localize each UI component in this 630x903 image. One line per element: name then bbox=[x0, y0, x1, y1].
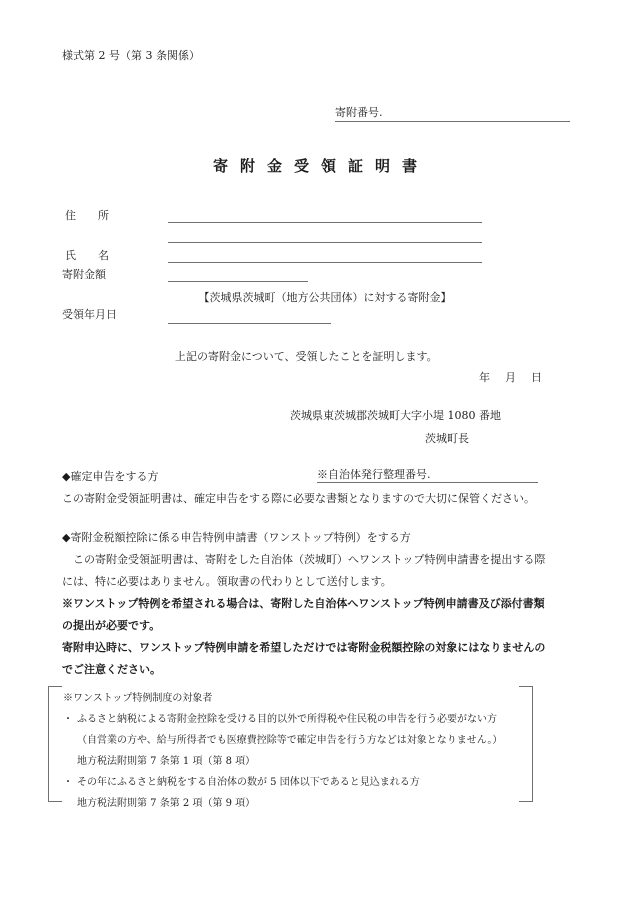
bullet-spacer bbox=[63, 751, 77, 772]
eligibility-item-1-law-ref: 地方税法附則第 7 条第 1 項（第 8 項） bbox=[77, 751, 255, 772]
address-input-line-2 bbox=[168, 227, 482, 243]
certification-statement: 上記の寄附金について、受領したことを証明します。 bbox=[175, 348, 438, 364]
donation-receipt-document: 様式第 2 号（第 3 条関係） 寄附番号. 寄附金受領証明書 住 所 氏 名 … bbox=[0, 0, 630, 903]
eligibility-item-2-line-1: ・ その年にふるさと納税をする自治体の数が 5 団体以下であると見込まれる方 bbox=[63, 772, 532, 793]
donation-target-note: 【茨城県茨城町（地方公共団体）に対する寄附金】 bbox=[168, 289, 482, 305]
eligibility-item-1-line-3: 地方税法附則第 7 条第 1 項（第 8 項） bbox=[63, 751, 532, 772]
bullet-spacer bbox=[63, 793, 77, 814]
address-input-line-1 bbox=[168, 207, 482, 223]
eligibility-item-2-line-2: 地方税法附則第 7 条第 2 項（第 9 項） bbox=[63, 793, 532, 814]
donation-number-label: 寄附番号. bbox=[335, 106, 383, 119]
bullet-spacer bbox=[63, 730, 77, 751]
onestop-eligibility-title: ※ワンストップ特例制度の対象者 bbox=[63, 688, 212, 709]
address-label: 住 所 bbox=[65, 207, 109, 223]
box-title-row: ※ワンストップ特例制度の対象者 bbox=[63, 688, 532, 709]
donation-amount-input-line bbox=[168, 266, 308, 282]
eligibility-item-1-line-2: （自営業の方や、給与所得者でも医療費控除等で確定申告を行う方などは対象となりませ… bbox=[63, 730, 532, 751]
name-input-line bbox=[168, 247, 482, 263]
bullet-icon: ・ bbox=[63, 709, 77, 730]
eligibility-item-1-text: ふるさと納税による寄附金控除を受ける目的以外で所得税や住民税の申告を行う必要がな… bbox=[77, 709, 497, 730]
onestop-eligibility-box: ※ワンストップ特例制度の対象者 ・ ふるさと納税による寄附金控除を受ける目的以外… bbox=[48, 686, 533, 802]
donation-number-field: 寄附番号. bbox=[335, 104, 570, 122]
onestop-warning-line-1: ※ワンストップ特例を希望される場合は、寄附した自治体へワンストップ特例申請書及び… bbox=[62, 595, 545, 611]
eligibility-item-2-law-ref: 地方税法附則第 7 条第 2 項（第 9 項） bbox=[77, 793, 255, 814]
box-corner-bottom-left bbox=[48, 801, 62, 802]
tax-return-section-body: この寄附金受領証明書は、確定申告をする際に必要な書類となりますので大切に保管くだ… bbox=[62, 490, 535, 506]
eligibility-item-1-note: （自営業の方や、給与所得者でも医療費控除等で確定申告を行う方などは対象となりませ… bbox=[77, 730, 502, 751]
receipt-date-label: 受領年月日 bbox=[62, 306, 117, 322]
form-number: 様式第 2 号（第 3 条関係） bbox=[62, 47, 200, 63]
municipality-ref-number-field: ※自治体発行整理番号. bbox=[317, 466, 538, 483]
onestop-body-line-1: この寄附金受領証明書は、寄附をした自治体（茨城町）へワンストップ特例申請書を提出… bbox=[62, 551, 545, 567]
issuer-address: 茨城県東茨城郡茨城町大字小堤 1080 番地 bbox=[290, 407, 501, 423]
onestop-body-line-2: には、特に必要はありません。領取書の代わりとして送付します。 bbox=[62, 573, 392, 589]
onestop-warning-line-4: でご注意ください。 bbox=[62, 661, 161, 677]
onestop-section-heading: ◆寄附金税額控除に係る申告特例申請書（ワンストップ特例）をする方 bbox=[62, 529, 411, 545]
box-corner-top-right bbox=[519, 686, 533, 687]
bullet-icon: ・ bbox=[63, 772, 77, 793]
eligibility-item-1-line-1: ・ ふるさと納税による寄附金控除を受ける目的以外で所得税や住民税の申告を行う必要… bbox=[63, 709, 532, 730]
donation-amount-label: 寄附金額 bbox=[62, 266, 106, 282]
onestop-warning-line-2: の提出が必要です。 bbox=[62, 617, 160, 633]
municipality-ref-number-label: ※自治体発行整理番号. bbox=[317, 468, 431, 481]
name-label: 氏 名 bbox=[65, 247, 109, 263]
tax-return-section-heading: ◆確定申告をする方 bbox=[62, 468, 158, 484]
box-corner-top-left bbox=[48, 686, 62, 687]
onestop-warning-line-3: 寄附申込時に、ワンストップ特例申請を希望しただけでは寄附金税額控除の対象にはなり… bbox=[62, 639, 545, 655]
certification-date-placeholder: 年 月 日 bbox=[479, 369, 544, 385]
document-title: 寄附金受領証明書 bbox=[0, 155, 630, 176]
box-corner-bottom-right bbox=[519, 801, 533, 802]
receipt-date-input-line bbox=[168, 308, 331, 324]
issuer-title: 茨城町長 bbox=[425, 430, 469, 446]
eligibility-item-2-text: その年にふるさと納税をする自治体の数が 5 団体以下であると見込まれる方 bbox=[77, 772, 420, 793]
